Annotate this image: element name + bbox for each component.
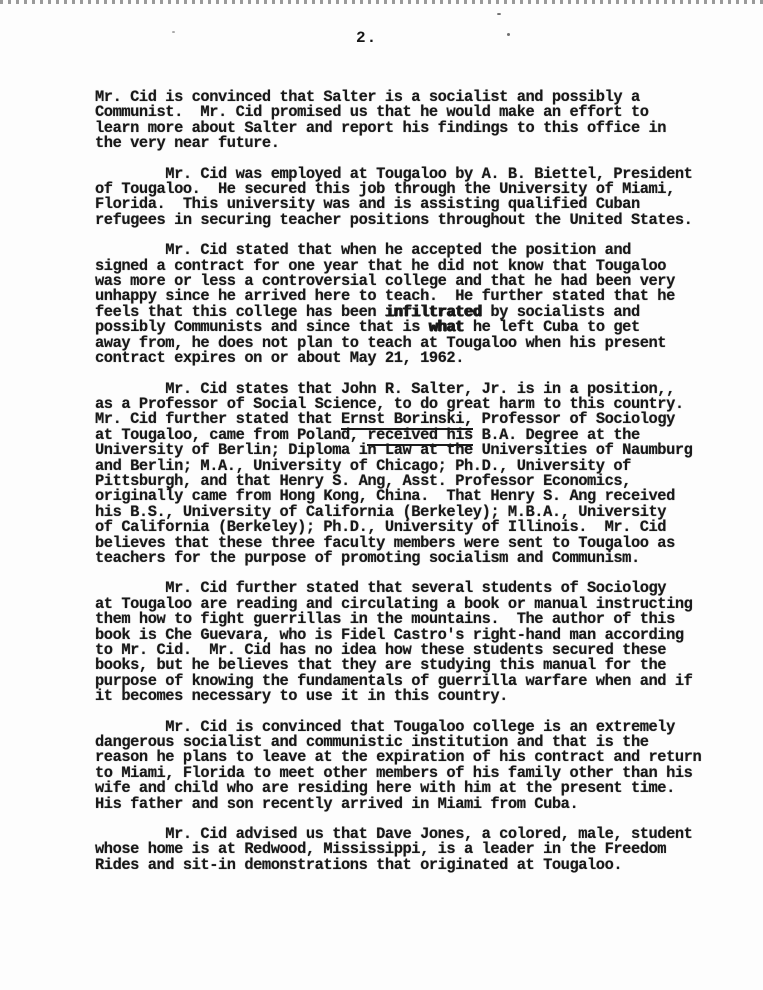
paragraph: Mr. Cid is convinced that Tougaloo colle… bbox=[95, 720, 740, 812]
paragraph: Mr. Cid is convinced that Salter is a so… bbox=[95, 90, 740, 152]
ink-speck bbox=[172, 31, 175, 33]
ink-speck bbox=[507, 33, 510, 36]
ink-speck bbox=[497, 13, 501, 15]
document-page: 2. Mr. Cid is convinced that Salter is a… bbox=[0, 0, 763, 990]
paragraph: Mr. Cid states that John R. Salter, Jr. … bbox=[95, 382, 740, 567]
page-number: 2. bbox=[356, 29, 377, 47]
perforation-edge bbox=[0, 0, 763, 4]
document-body: Mr. Cid is convinced that Salter is a so… bbox=[95, 90, 740, 888]
smudge-text: what bbox=[429, 318, 464, 336]
underline-text: received his bbox=[367, 426, 472, 446]
paragraph: Mr. Cid further stated that several stud… bbox=[95, 581, 740, 704]
paragraph: Mr. Cid stated that when he accepted the… bbox=[95, 243, 740, 366]
paragraph: Mr. Cid advised us that Dave Jones, a co… bbox=[95, 827, 740, 873]
paragraph: Mr. Cid was employed at Tougaloo by A. B… bbox=[95, 167, 740, 229]
